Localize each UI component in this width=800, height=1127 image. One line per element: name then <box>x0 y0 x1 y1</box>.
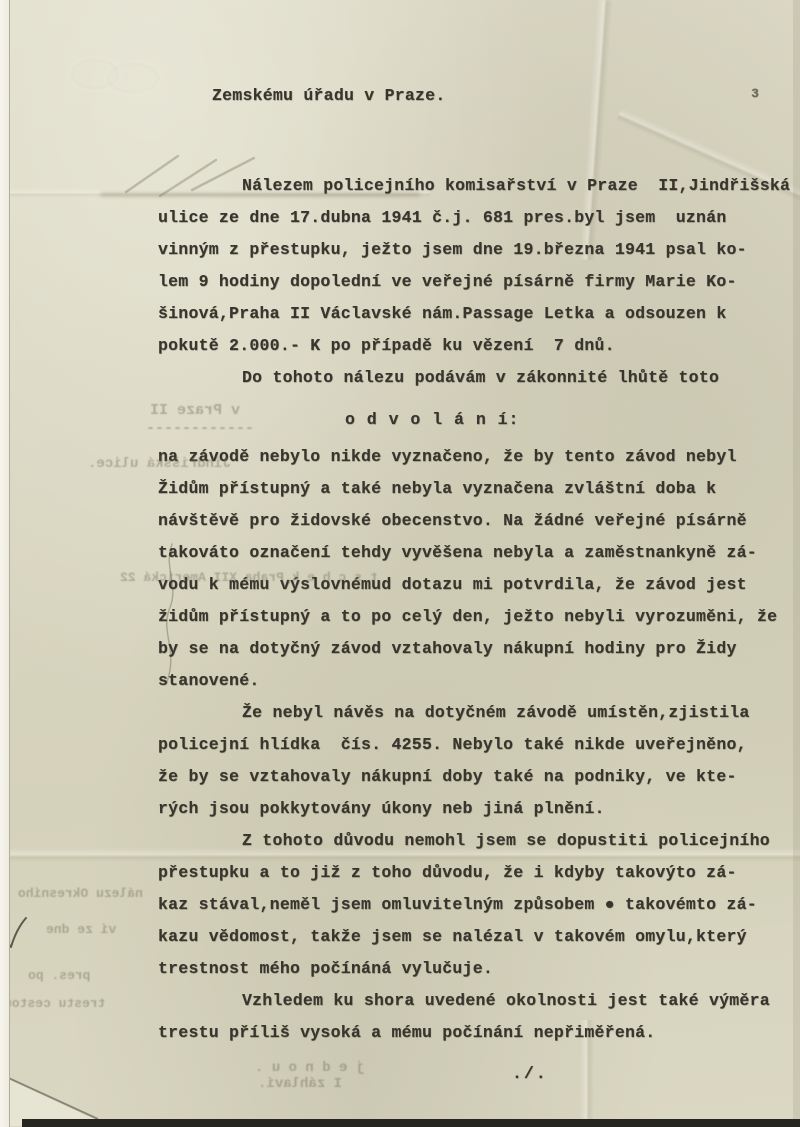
continuation-mark: ./. <box>512 1064 548 1083</box>
typed-line: pokutě 2.000.- K po případě ku vězení 7 … <box>158 330 790 362</box>
scan-edge-bottom <box>22 1119 800 1127</box>
typed-line: Z tohoto důvodu nemohl jsem se dopustiti… <box>158 825 777 857</box>
typed-line: Nálezem policejního komisařství v Praze … <box>158 170 790 202</box>
bleedthrough-text: trestu cestou <box>4 996 105 1011</box>
typed-line: ulice ze dne 17.dubna 1941 č.j. 681 pres… <box>158 202 790 234</box>
bleedthrough-text: j e d n o u . <box>255 1060 364 1076</box>
bleedthrough-text: Jindřišská ulice. <box>88 456 231 472</box>
typed-line: na závodě nebylo nikde vyznačeno, že by … <box>158 441 777 473</box>
document-scan: Zemskému úřadu v Praze. 3 Nálezem police… <box>0 0 800 1127</box>
typed-line: trestu příliš vysoká a mému počínání nep… <box>158 1017 777 1049</box>
bleedthrough-text: I záhlaví. <box>258 1076 342 1092</box>
typed-line: kazu vědomost, takže jsem se nalézal v t… <box>158 921 777 953</box>
typed-line: Že nebyl návěs na dotyčném závodě umístě… <box>158 697 777 729</box>
scan-edge-left <box>0 0 10 1127</box>
typed-line: stanovené. <box>158 665 777 697</box>
typed-line: rých jsou pokkytovány úkony neb jiná pln… <box>158 793 777 825</box>
typed-line: šinová,Praha II Václavské nám.Passage Le… <box>158 298 790 330</box>
typed-line: návštěvě pro židovské obecenstvo. Na žád… <box>158 505 777 537</box>
appeal-heading: o d v o l á n í: <box>345 410 519 429</box>
typed-line: takováto označení tehdy vyvěšena nebyla … <box>158 537 777 569</box>
bleedthrough-text: pres. po <box>28 968 90 983</box>
typed-line: vinným z přestupku, ježto jsem dne 19.bř… <box>158 234 790 266</box>
corner-mark: 3 <box>751 86 759 101</box>
embossed-seal <box>104 60 162 96</box>
recipient-line: Zemskému úřadu v Praze. <box>212 86 446 106</box>
typed-line: Do tohoto nálezu podávám v zákonnité lhů… <box>158 362 790 394</box>
typed-line: že by se vztahovaly nákupní doby také na… <box>158 761 777 793</box>
typed-body-block-2: na závodě nebylo nikde vyznačeno, že by … <box>158 441 777 1049</box>
bleedthrough-text: ------------ <box>146 420 254 437</box>
typed-line: lem 9 hodiny dopolední ve veřejné písárn… <box>158 266 790 298</box>
folded-corner <box>0 1055 104 1127</box>
typed-line: kaz stával,neměl jsem omluvitelným způso… <box>158 889 777 921</box>
typed-line: židům přístupný a to po celý den, ježto … <box>158 601 777 633</box>
bleedthrough-text: t s c h e k,Praha XII Americká 22 <box>120 570 377 585</box>
typed-line: policejní hlídka čís. 4255. Nebylo také … <box>158 729 777 761</box>
typed-line: přestupku a to již z toho důvodu, že i k… <box>158 857 777 889</box>
bleedthrough-text: v Praze II <box>150 402 240 419</box>
bleedthrough-text: ví ze dne <box>46 922 116 937</box>
typed-line: trestnost mého počínáná vylučuje. <box>158 953 777 985</box>
bleedthrough-text: nálezu Okresního <box>18 886 143 901</box>
typed-line: Vzhledem ku shora uvedené okolnosti jest… <box>158 985 777 1017</box>
scan-edge-right <box>793 0 800 1127</box>
typed-line: by se na dotyčný závod vztahovaly nákupn… <box>158 633 777 665</box>
typed-line: Židům přístupný a také nebyla vyznačena … <box>158 473 777 505</box>
typed-body-block-1: Nálezem policejního komisařství v Praze … <box>158 170 790 394</box>
